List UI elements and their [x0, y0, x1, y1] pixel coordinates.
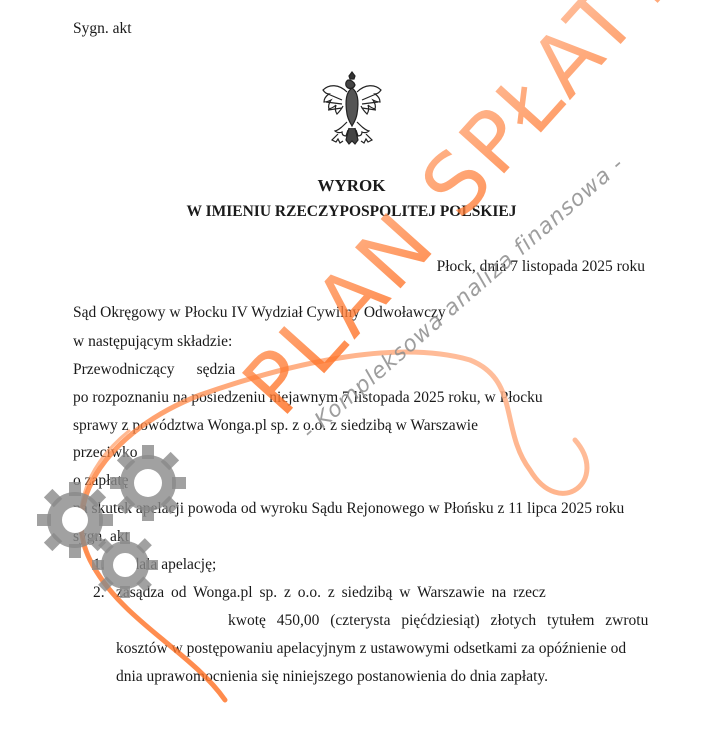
against-label: przeciwko: [73, 443, 138, 463]
presiding-role: sędzia: [197, 361, 236, 378]
lower-case-signature: sygn. akt: [73, 527, 129, 547]
ruling-continuation: kwotę 450,00 (czterysta pięćdziesiąt) zł…: [228, 611, 648, 631]
presiding-line: Przewodniczącysędzia: [73, 360, 235, 380]
ruling-text: oddala apelację;: [116, 555, 216, 575]
ruling-number: 1.: [93, 555, 105, 575]
document-subtitle: W IMIENIU RZECZYPOSPOLITEJ POLSKIEJ: [0, 203, 703, 221]
hearing-info: po rozpoznaniu na posiedzeniu niejawnym …: [73, 388, 543, 408]
document-title: WYROK: [0, 176, 703, 196]
polish-eagle-emblem-icon: [320, 70, 384, 150]
ruling-continuation: kosztów w postępowaniu apelacyjnym z ust…: [116, 639, 626, 659]
gears-icon: [37, 445, 186, 598]
composition-label: w następującym składzie:: [73, 332, 232, 352]
ruling-continuation: dnia uprawomocnienia się niniejszego pos…: [116, 667, 548, 687]
court-name: Sąd Okręgowy w Płocku IV Wydział Cywilny…: [73, 303, 446, 323]
claimant-info: sprawy z powództwa Wonga.pl sp. z o.o. z…: [73, 416, 478, 436]
subject-label: o zapłatę: [73, 471, 129, 491]
case-signature-header: Sygn. akt: [73, 19, 132, 39]
place-and-date: Płock, dnia 7 listopada 2025 roku: [437, 257, 645, 277]
presiding-label: Przewodniczący: [73, 361, 175, 378]
ruling-number: 2.: [93, 583, 105, 603]
court-judgment-page: Sygn. akt WYROK W IMIENIU RZECZYPOSPOLIT…: [0, 0, 703, 730]
appeal-info: na skutek apelacji powoda od wyroku Sądu…: [73, 499, 646, 519]
ruling-text: zasądza od Wonga.pl sp. z o.o. z siedzib…: [116, 583, 546, 603]
